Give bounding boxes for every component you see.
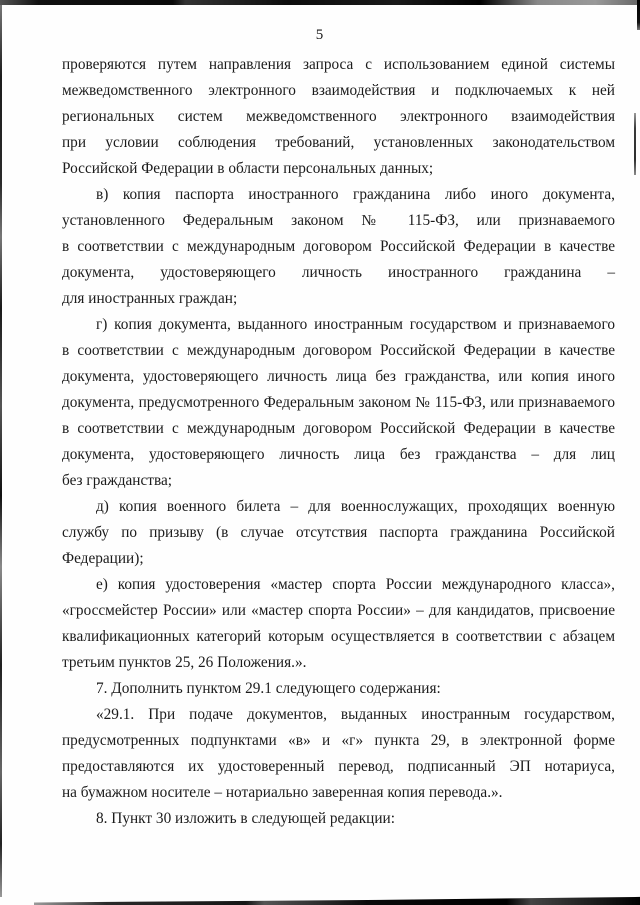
text-line: документа, удостоверяющего личность лица… [62, 364, 615, 390]
text-line: 7. Дополнить пунктом 29.1 следующего сод… [62, 676, 615, 702]
text-line: в соответствии с международным договором… [62, 416, 615, 442]
text-line: для иностранных граждан; [62, 286, 615, 312]
text-line: «гроссмейстер России» или «мастер спорта… [62, 598, 615, 624]
text-line: Российской Федерации в области персональ… [62, 156, 615, 182]
text-line: на бумажном носителе – нотариально завер… [62, 780, 615, 806]
scan-artifact-bottom-edge [34, 896, 640, 905]
page-number: 5 [0, 27, 640, 44]
text-line: предоставляются их удостоверенный перево… [62, 754, 615, 780]
text-line: межведомственного электронного взаимодей… [62, 78, 615, 104]
text-line: документа, предусмотренного Федеральным … [62, 390, 615, 416]
text-line: региональных систем межведомственного эл… [62, 104, 615, 130]
text-line: в) копия паспорта иностранного гражданин… [62, 182, 615, 208]
scanned-document-page: 5 проверяются путем направления запроса … [0, 0, 640, 905]
text-line: «29.1. При подаче документов, выданных и… [62, 702, 615, 728]
text-line: проверяются путем направления запроса с … [62, 52, 615, 78]
text-line: квалификационных категорий которым осуще… [62, 624, 615, 650]
scan-artifact-left-edge [0, 5, 2, 897]
text-line: Федерации); [62, 546, 615, 572]
text-line: документа, удостоверяющего личность лица… [62, 442, 615, 468]
text-line: е) копия удостоверения «мастер спорта Ро… [62, 572, 615, 598]
text-line: установленного Федеральным законом № 115… [62, 208, 615, 234]
text-line: без гражданства; [62, 468, 615, 494]
text-line: службу по призыву (в случае отсутствия п… [62, 520, 615, 546]
text-line: при условии соблюдения требований, устан… [62, 130, 615, 156]
text-line: г) копия документа, выданного иностранны… [62, 312, 615, 338]
text-line: д) копия военного билета – для военнослу… [62, 494, 615, 520]
scan-artifact-top-edge [0, 0, 640, 5]
document-body: проверяются путем направления запроса с … [62, 52, 615, 832]
text-line: документа, удостоверяющего личность инос… [62, 260, 615, 286]
text-line: третьим пунктов 25, 26 Положения.». [62, 650, 615, 676]
scan-artifact-right-smudge [634, 113, 636, 175]
text-line: в соответствии с международным договором… [62, 234, 615, 260]
text-line: предусмотренных подпунктами «в» и «г» пу… [62, 728, 615, 754]
text-line: в соответствии с международным договором… [62, 338, 615, 364]
text-line: 8. Пункт 30 изложить в следующей редакци… [62, 806, 615, 832]
